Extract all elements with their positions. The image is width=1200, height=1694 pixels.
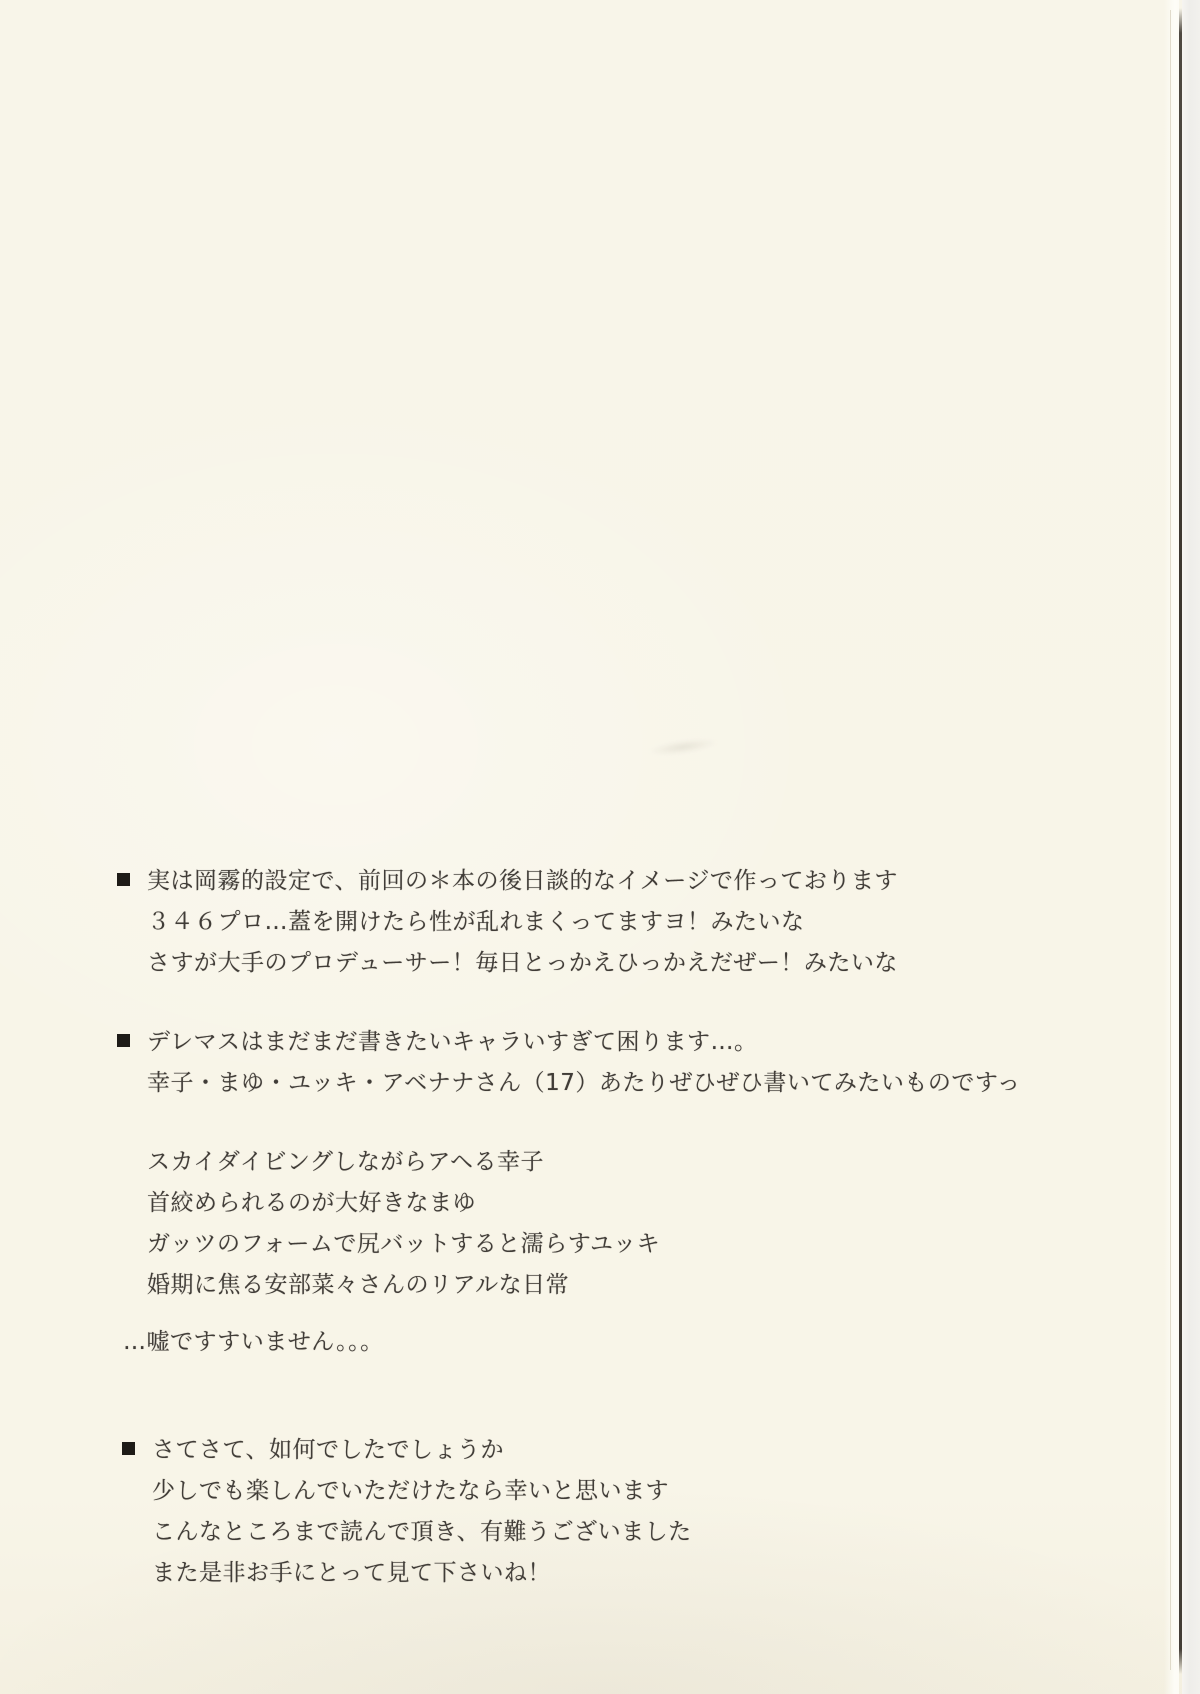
afterword-line: ３４６プロ…蓋を開けたら性が乱れまくってますヨ！みたいな [147, 902, 898, 943]
scan-margin-strip [1182, 0, 1200, 1694]
bullet-square-icon [117, 873, 130, 886]
afterword-line: また是非お手にとって見て下さいね！ [152, 1553, 692, 1594]
afterword-line: 首絞められるのが大好きなまゆ [147, 1183, 660, 1224]
bullet-square-icon [117, 1034, 130, 1047]
afterword-line: 婚期に焦る安部菜々さんのリアルな日常 [147, 1265, 660, 1306]
afterword-section-2: デレマスはまだまだ書きたいキャラいすぎて困ります…。 幸子・まゆ・ユッキ・アベナ… [117, 1022, 1021, 1104]
afterword-line: スカイダイビングしながらアヘる幸子 [147, 1142, 660, 1183]
afterword-line: こんなところまで読んで頂き、有難うございました [152, 1512, 692, 1553]
afterword-section-4: …嘘ですすいません。。。 [123, 1322, 384, 1363]
afterword-line: 少しでも楽しんでいただけたなら幸いと思います [152, 1471, 692, 1512]
afterword-section-3: スカイダイビングしながらアヘる幸子 首絞められるのが大好きなまゆ ガッツのフォー… [147, 1142, 660, 1306]
afterword-line: 幸子・まゆ・ユッキ・アベナナさん（17）あたりぜひぜひ書いてみたいものですっ [147, 1063, 1021, 1104]
afterword-line: さすが大手のプロデューサー！毎日とっかえひっかえだぜー！みたいな [147, 943, 898, 984]
afterword-line: デレマスはまだまだ書きたいキャラいすぎて困ります…。 [147, 1022, 1021, 1063]
page-edge-highlight [1164, 0, 1179, 1694]
page-edge-dark-line [1179, 8, 1182, 1674]
afterword-line: …嘘ですすいません。。。 [123, 1322, 384, 1363]
page-edge-thin-line [1170, 10, 1171, 1670]
bullet-square-icon [122, 1442, 135, 1455]
afterword-line: ガッツのフォームで尻バットすると濡らすユッキ [147, 1224, 660, 1265]
afterword-line: 実は岡霧的設定で、前回の＊本の後日談的なイメージで作っております [147, 861, 898, 902]
afterword-section-5: さてさて、如何でしたでしょうか 少しでも楽しんでいただけたなら幸いと思います こ… [122, 1430, 692, 1594]
afterword-section-1: 実は岡霧的設定で、前回の＊本の後日談的なイメージで作っております ３４６プロ…蓋… [117, 861, 898, 984]
afterword-line: さてさて、如何でしたでしょうか [152, 1430, 692, 1471]
